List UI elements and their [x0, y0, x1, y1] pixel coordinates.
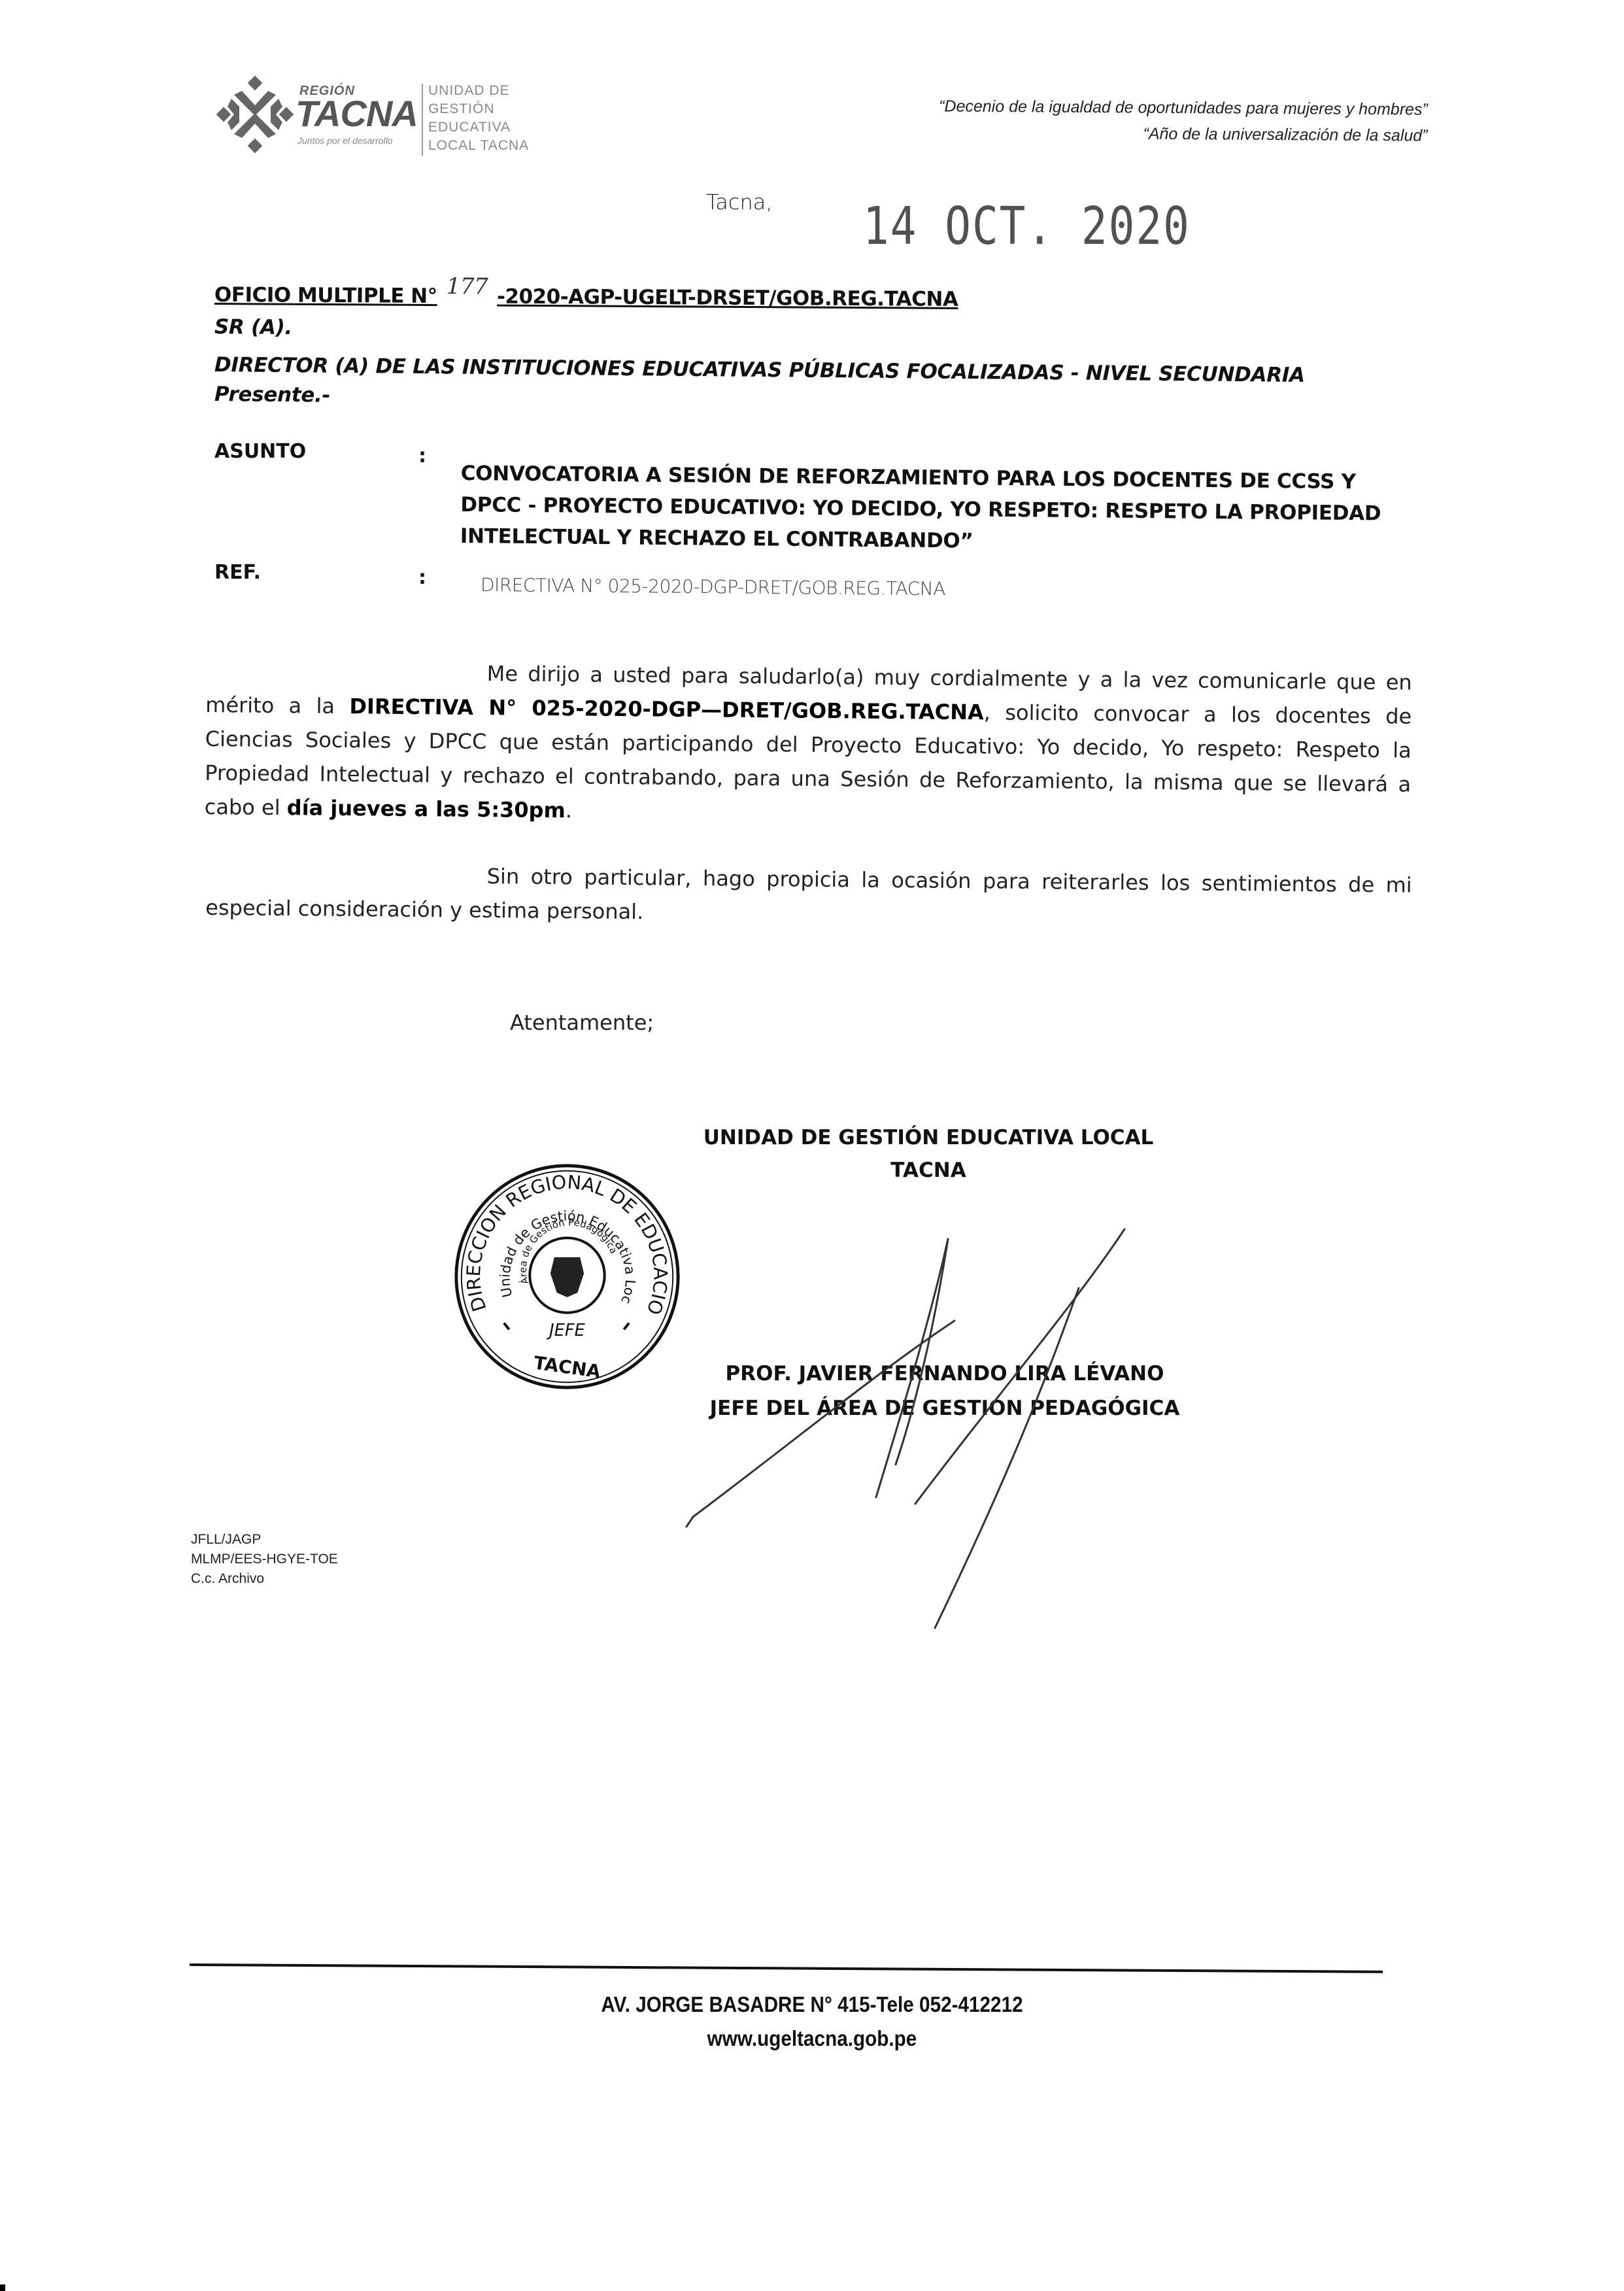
- recipient: DIRECTOR (A) DE LAS INSTITUCIONES EDUCAT…: [214, 353, 1305, 387]
- motto-year: “Año de la universalización de la salud”: [939, 119, 1428, 148]
- presente: Presente.-: [214, 382, 330, 407]
- official-seal-icon: DIRECCION REGIONAL DE EDUCACION Unidad d…: [451, 1161, 683, 1393]
- salutation: SR (A).: [214, 315, 292, 339]
- region-tacna-logo-icon: [216, 75, 294, 154]
- asunto-label: ASUNTO: [214, 440, 306, 463]
- svg-text:TACNA: TACNA: [532, 1351, 602, 1382]
- closing: Atentamente;: [510, 1010, 654, 1035]
- document-reference-number: OFICIO MULTIPLE N°177-2020-AGP-UGELT-DRS…: [214, 281, 958, 312]
- signature-organization: UNIDAD DE GESTIÓN EDUCATIVA LOCAL TACNA: [673, 1121, 1183, 1187]
- signatory: PROF. JAVIER FERNANDO LIRA LÉVANO JEFE D…: [680, 1357, 1210, 1426]
- logo-slogan: Juntos por el desarrollo: [297, 135, 393, 146]
- place-label: Tacna,: [706, 190, 773, 214]
- handwritten-number: 177: [447, 273, 488, 299]
- document-initials: JFLL/JAGP MLMP/EES-HGYE-TOE C.c. Archivo: [191, 1530, 338, 1589]
- ref-label: REF.: [214, 561, 261, 584]
- body-paragraph-1: Me dirijo a usted para saludarlo(a) muy …: [205, 654, 1412, 836]
- ref-separator: :: [418, 566, 426, 589]
- signatory-name: PROF. JAVIER FERNANDO LIRA LÉVANO: [680, 1357, 1210, 1391]
- footer: AV. JORGE BASADRE N° 415-Tele 052-412212…: [0, 1988, 1624, 2056]
- scan-mark: [0, 2284, 5, 2291]
- date-stamp: 14 OCT. 2020: [863, 196, 1191, 256]
- logo-name: TACNA: [296, 95, 418, 132]
- body-paragraph-2: Sin otro particular, hago propicia la oc…: [205, 857, 1412, 936]
- official-mottos: “Decenio de la igualdad de oportunidades…: [939, 93, 1428, 148]
- asunto-text: CONVOCATORIA A SESIÓN DE REFORZAMIENTO P…: [460, 458, 1415, 561]
- footer-address: AV. JORGE BASADRE N° 415-Tele 052-412212: [81, 1988, 1543, 2022]
- ref-text: DIRECTIVA N° 025-2020-DGP-DRET/GOB.REG.T…: [481, 574, 945, 600]
- directive-reference: DIRECTIVA N° 025-2020-DGP—DRET/GOB.REG.T…: [349, 694, 984, 724]
- svg-text:JEFE: JEFE: [546, 1321, 585, 1340]
- footer-divider: [190, 1963, 1383, 1973]
- asunto-separator: :: [418, 445, 426, 467]
- logo-unit-name: UNIDAD DE GESTIÓN EDUCATIVA LOCAL TACNA: [428, 82, 529, 155]
- motto-decade: “Decenio de la igualdad de oportunidades…: [939, 93, 1428, 122]
- meeting-time: día jueves a las 5:30pm: [287, 795, 566, 823]
- footer-website: www.ugeltacna.gob.pe: [81, 2022, 1543, 2056]
- logo-divider: [422, 84, 423, 156]
- signatory-title: JEFE DEL ÁREA DE GESTIÓN PEDAGÓGICA: [680, 1391, 1210, 1426]
